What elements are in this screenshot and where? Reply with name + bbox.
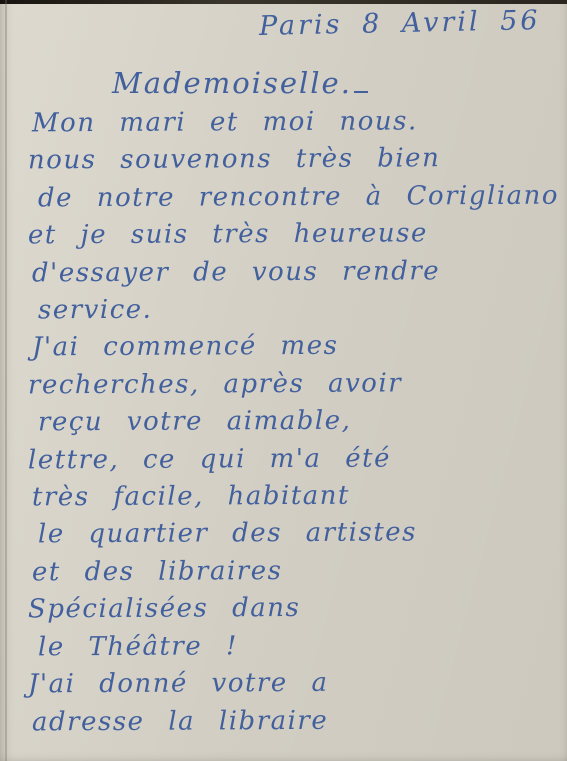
handwritten-line: de notre rencontre à Corigliano xyxy=(38,177,553,217)
handwritten-line: service. xyxy=(38,290,553,330)
scan-edge-top xyxy=(0,0,567,4)
paper-edge-left xyxy=(5,0,7,761)
handwritten-line: recherches, après avoir xyxy=(28,364,553,404)
handwritten-line: lettre, ce qui m'a été xyxy=(28,439,553,479)
handwritten-line: Spécialisées dans xyxy=(28,589,553,629)
handwritten-line: Mon mari et moi nous. xyxy=(32,103,553,143)
handwritten-line: le Théâtre ! xyxy=(38,626,553,666)
handwritten-line: nous souvenons très bien xyxy=(28,140,553,180)
handwritten-line: le quartier des artistes xyxy=(38,514,553,554)
handwritten-line: J'ai commencé mes xyxy=(32,327,553,367)
scanned-letter-page: Paris 8 Avril 56 Mademoiselle. Mon mari … xyxy=(0,0,567,761)
handwritten-line: et je suis très heureuse xyxy=(28,215,553,255)
handwritten-line: et des libraires xyxy=(32,552,553,592)
letter-body: Mon mari et moi nous. nous souvenons trè… xyxy=(28,104,553,740)
handwritten-line: d'essayer de vous rendre xyxy=(32,252,553,292)
letter-salutation: Mademoiselle. xyxy=(112,66,368,100)
handwritten-line: très facile, habitant xyxy=(32,477,553,517)
handwritten-line: reçu votre aimable, xyxy=(38,402,553,442)
letter-dateline: Paris 8 Avril 56 xyxy=(259,5,541,42)
handwritten-line: adresse la libraire xyxy=(32,701,553,741)
handwritten-line: J'ai donné votre a xyxy=(28,664,553,704)
